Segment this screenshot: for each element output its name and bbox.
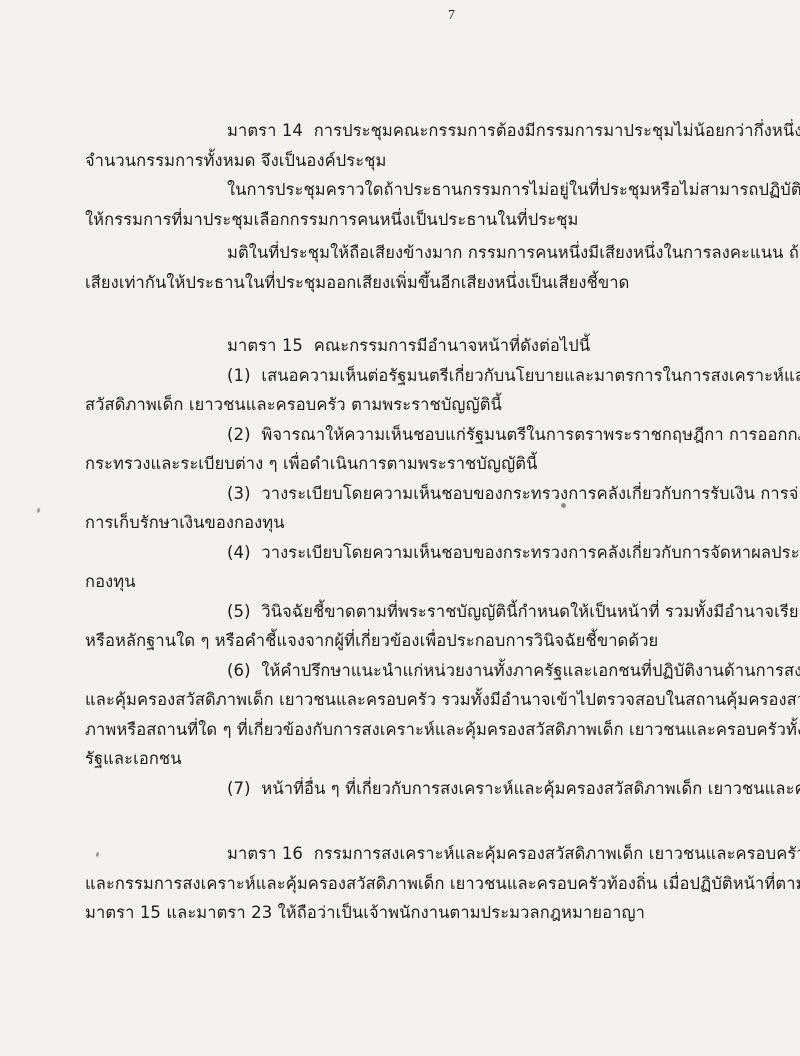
- paragraph-matra-15-item-3: (3) วางระเบียบโดยความเห็นชอบของกระทรวงกา…: [85, 479, 763, 538]
- text-line: (5) วินิจฉัยชี้ขาดตามที่พระราชบัญญัตินี้…: [85, 597, 763, 627]
- paragraph-matra-15-heading: มาตรา 15 คณะกรรมการมีอำนาจหน้าที่ดังต่อไ…: [85, 331, 763, 361]
- paragraph-matra-15-item-5: (5) วินิจฉัยชี้ขาดตามที่พระราชบัญญัตินี้…: [85, 597, 763, 656]
- text-line: มาตรา 15 คณะกรรมการมีอำนาจหน้าที่ดังต่อไ…: [85, 331, 763, 361]
- text-line: ในการประชุมคราวใดถ้าประธานกรรมการไม่อยู่…: [85, 175, 763, 205]
- text-line: มาตรา 14 การประชุมคณะกรรมการต้องมีกรรมกา…: [85, 116, 763, 146]
- text-line: เสียงเท่ากันให้ประธานในที่ประชุมออกเสียง…: [85, 268, 763, 298]
- text-line: มาตรา 15 และมาตรา 23 ให้ถือว่าเป็นเจ้าพน…: [85, 898, 763, 928]
- text-line: กระทรวงและระเบียบต่าง ๆ เพื่อดำเนินการตา…: [85, 449, 763, 479]
- scan-speck: [120, 521, 123, 525]
- document-body: มาตรา 14 การประชุมคณะกรรมการต้องมีกรรมกา…: [85, 116, 763, 928]
- text-line: (4) วางระเบียบโดยความเห็นชอบของกระทรวงกา…: [85, 538, 763, 568]
- paragraph-matra-15-item-2: (2) พิจารณาให้ความเห็นชอบแก่รัฐมนตรีในกา…: [85, 420, 763, 479]
- text-line: รัฐและเอกชน: [85, 744, 763, 774]
- text-line: สวัสดิภาพเด็ก เยาวชนและครอบครัว ตามพระรา…: [85, 390, 763, 420]
- paragraph-matra-14-para-2: ในการประชุมคราวใดถ้าประธานกรรมการไม่อยู่…: [85, 175, 763, 234]
- paragraph-matra-14-para-3: มติในที่ประชุมให้ถือเสียงข้างมาก กรรมการ…: [85, 238, 763, 297]
- paragraph-matra-16: มาตรา 16 กรรมการสงเคราะห์และคุ้มครองสวัส…: [85, 839, 763, 928]
- paragraph-matra-15-item-4: (4) วางระเบียบโดยความเห็นชอบของกระทรวงกา…: [85, 538, 763, 597]
- paragraph-matra-15-item-1: (1) เสนอความเห็นต่อรัฐมนตรีเกี่ยวกับนโยบ…: [85, 361, 763, 420]
- text-line: การเก็บรักษาเงินของกองทุน: [85, 508, 763, 538]
- text-line: จำนวนกรรมการทั้งหมด จึงเป็นองค์ประชุม: [85, 146, 763, 176]
- page-number: 7: [448, 8, 455, 24]
- text-line: และกรรมการสงเคราะห์และคุ้มครองสวัสดิภาพเ…: [85, 869, 763, 899]
- text-line: มติในที่ประชุมให้ถือเสียงข้างมาก กรรมการ…: [85, 238, 763, 268]
- text-line: (3) วางระเบียบโดยความเห็นชอบของกระทรวงกา…: [85, 479, 763, 509]
- text-line: กองทุน: [85, 567, 763, 597]
- text-line: มาตรา 16 กรรมการสงเคราะห์และคุ้มครองสวัส…: [85, 839, 763, 869]
- paragraph-matra-15-item-6: (6) ให้คำปรึกษาแนะนำแก่หน่วยงานทั้งภาครั…: [85, 656, 763, 774]
- text-line: ให้กรรมการที่มาประชุมเลือกกรรมการคนหนึ่ง…: [85, 205, 763, 235]
- text-line: และคุ้มครองสวัสดิภาพเด็ก เยาวชนและครอบคร…: [85, 685, 763, 715]
- scanned-page: 7 มาตรา 14 การประชุมคณะกรรมการต้องมีกรรม…: [0, 0, 800, 1056]
- text-line: ภาพหรือสถานที่ใด ๆ ที่เกี่ยวข้องกับการสง…: [85, 715, 763, 745]
- text-line: (7) หน้าที่อื่น ๆ ที่เกี่ยวกับการสงเคราะ…: [85, 774, 763, 804]
- text-line: (2) พิจารณาให้ความเห็นชอบแก่รัฐมนตรีในกา…: [85, 420, 763, 450]
- text-line: (6) ให้คำปรึกษาแนะนำแก่หน่วยงานทั้งภาครั…: [85, 656, 763, 686]
- scan-speck: [561, 503, 566, 508]
- text-line: หรือหลักฐานใด ๆ หรือคำชี้แจงจากผู้ที่เกี…: [85, 626, 763, 656]
- paragraph-matra-14: มาตรา 14 การประชุมคณะกรรมการต้องมีกรรมกา…: [85, 116, 763, 175]
- scan-speck: [36, 508, 41, 514]
- text-line: (1) เสนอความเห็นต่อรัฐมนตรีเกี่ยวกับนโยบ…: [85, 361, 763, 391]
- paragraph-matra-15-item-7: (7) หน้าที่อื่น ๆ ที่เกี่ยวกับการสงเคราะ…: [85, 774, 763, 804]
